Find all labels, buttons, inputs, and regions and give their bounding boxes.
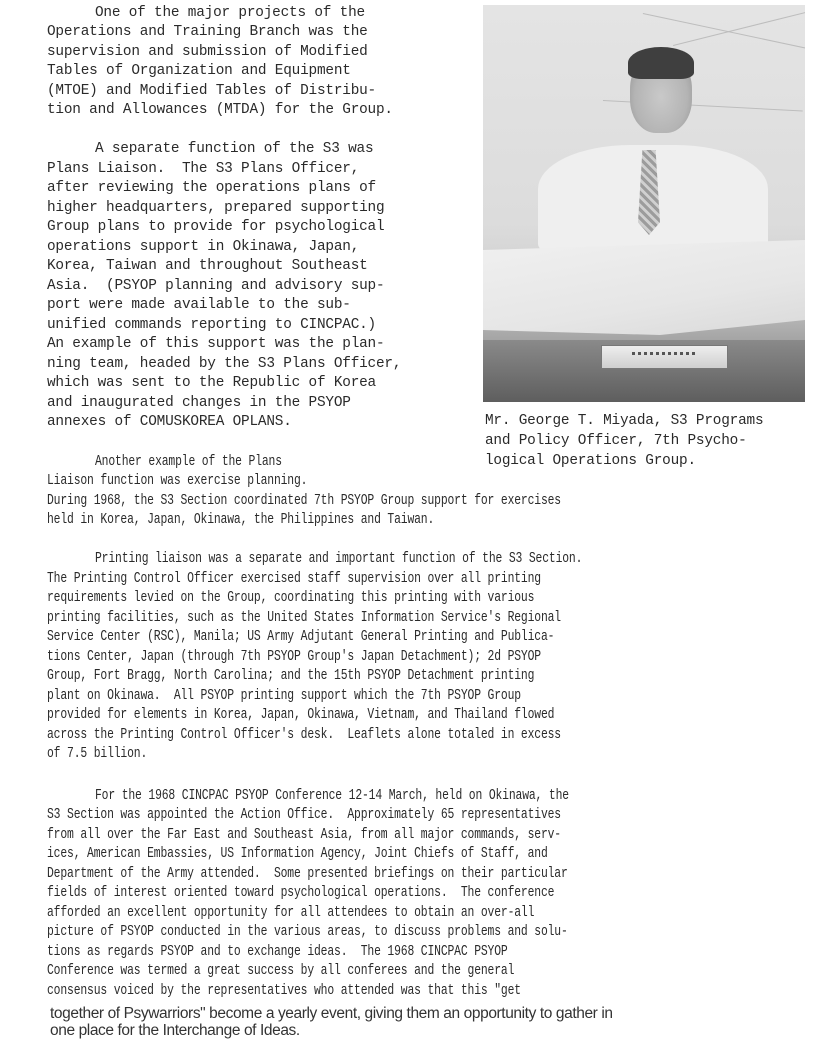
text-line: Plans Liaison. The S3 Plans Officer, (47, 160, 359, 180)
text-line: Group plans to provide for psychological (47, 218, 384, 238)
text-line: Department of the Army attended. Some pr… (47, 865, 568, 885)
text-line: after reviewing the operations plans of (47, 179, 376, 199)
text-line: fields of interest oriented toward psych… (47, 884, 554, 904)
text-line: An example of this support was the plan- (47, 335, 384, 355)
photo-hair (628, 47, 694, 79)
text-line: tions Center, Japan (through 7th PSYOP G… (47, 648, 541, 668)
text-line: and inaugurated changes in the PSYOP (47, 394, 351, 414)
text-line: The Printing Control Officer exercised s… (47, 570, 541, 590)
text-line: afforded an excellent opportunity for al… (47, 904, 534, 924)
text-line: provided for elements in Korea, Japan, O… (47, 706, 554, 726)
portrait-photo (483, 5, 805, 402)
text-line: tions as regards PSYOP and to exchange i… (47, 943, 508, 963)
text-line: printing facilities, such as the United … (47, 609, 561, 629)
text-line: requirements levied on the Group, coordi… (47, 589, 534, 609)
text-line: held in Korea, Japan, Okinawa, the Phili… (47, 511, 434, 531)
text-line: Another example of the Plans (95, 453, 282, 473)
text-line: port were made available to the sub- (47, 296, 351, 316)
text-line: Service Center (RSC), Manila; US Army Ad… (47, 628, 554, 648)
text-line: During 1968, the S3 Section coordinated … (47, 492, 561, 512)
text-line: operations support in Okinawa, Japan, (47, 238, 359, 258)
text-line: of 7.5 billion. (47, 745, 147, 765)
caption-line: Mr. George T. Miyada, S3 Programs (485, 412, 763, 432)
text-line: Operations and Training Branch was the (47, 23, 368, 43)
text-line: annexes of COMUSKOREA OPLANS. (47, 413, 292, 433)
text-line: tion and Allowances (MTDA) for the Group… (47, 101, 393, 121)
text-line: plant on Okinawa. All PSYOP printing sup… (47, 687, 521, 707)
text-line: across the Printing Control Officer's de… (47, 726, 561, 746)
text-line: ning team, headed by the S3 Plans Office… (47, 355, 401, 375)
caption-line: logical Operations Group. (485, 452, 696, 472)
nameplate-text (632, 352, 696, 355)
text-line: Tables of Organization and Equipment (47, 62, 351, 82)
text-line: ices, American Embassies, US Information… (47, 845, 548, 865)
photo-desk-papers (483, 240, 805, 340)
text-line: Liaison function was exercise planning. (47, 472, 307, 492)
text-line: One of the major projects of the (95, 4, 365, 24)
text-line: supervision and submission of Modified (47, 43, 368, 63)
text-line: consensus voiced by the representatives … (47, 982, 521, 1002)
text-line: Printing liaison was a separate and impo… (95, 550, 582, 570)
text-line: Group, Fort Bragg, North Carolina; and t… (47, 667, 534, 687)
text-line: higher headquarters, prepared supporting (47, 199, 384, 219)
ceiling-line (673, 11, 805, 46)
text-line: one place for the Interchange of Ideas. (50, 1021, 300, 1041)
photo-nameplate (601, 345, 728, 369)
text-line: S3 Section was appointed the Action Offi… (47, 806, 561, 826)
text-line: For the 1968 CINCPAC PSYOP Conference 12… (95, 787, 569, 807)
text-line: (MTOE) and Modified Tables of Distribu- (47, 82, 376, 102)
text-line: from all over the Far East and Southeast… (47, 826, 561, 846)
text-line: Korea, Taiwan and throughout Southeast (47, 257, 368, 277)
text-line: which was sent to the Republic of Korea (47, 374, 376, 394)
text-line: unified commands reporting to CINCPAC.) (47, 316, 376, 336)
text-line: A separate function of the S3 was (95, 140, 373, 160)
text-line: picture of PSYOP conducted in the variou… (47, 923, 568, 943)
caption-line: and Policy Officer, 7th Psycho- (485, 432, 747, 452)
document-page: Mr. George T. Miyada, S3 Programs and Po… (0, 0, 822, 1058)
text-line: Conference was termed a great success by… (47, 962, 514, 982)
text-line: Asia. (PSYOP planning and advisory sup- (47, 277, 384, 297)
